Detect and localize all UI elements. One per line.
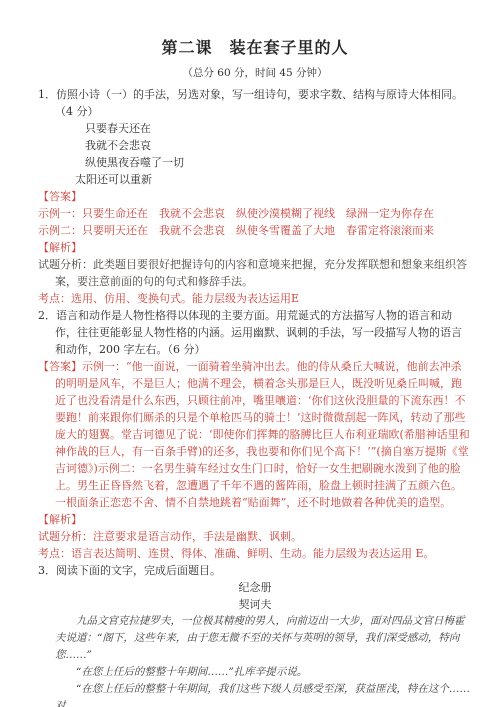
- question-2-analysis-label: 【解析】: [38, 511, 472, 528]
- poem-line-2: 我就不会悲哀: [85, 137, 472, 154]
- question-2-analysis-text: 试题分析：注意要求是语言动作，手法是幽默、讽刺。: [38, 528, 472, 545]
- page-title: 第二课 装在套子里的人: [38, 36, 472, 60]
- poem-line-3: 纵使黑夜吞噬了一切: [85, 154, 472, 171]
- question-2-answer-text: 示例一：“他一面说，一面骑着坐骑冲出去。他的侍从桑丘大喊说，他前去冲杀的明明是风…: [55, 360, 470, 509]
- question-2-stem: 2．语言和动作是人物性格得以体现的主要方面。用荒诞式的方法描写人物的语言和动作，…: [38, 307, 472, 358]
- question-1-analysis-label: 【解析】: [38, 239, 472, 256]
- passage-paragraph-3: “在您上任后的整整十年期间，我们这些下级人员感受至深，获益匪浅，特在这个……对: [55, 681, 472, 707]
- poem-line-1: 只要春天还在: [85, 120, 472, 137]
- exam-document-page: 第二课 装在套子里的人 （总分 60 分，时间 45 分钟） 1．仿照小诗（一）…: [0, 0, 500, 707]
- passage-paragraph-2: “在您上任后的整整十年期间……”扎库辛提示说。: [55, 664, 472, 681]
- question-1-analysis-text: 试题分析：此类题目要很好把握诗句的内容和意境来把握，充分发挥联想和想象来组织答案…: [38, 256, 472, 290]
- question-1-stem: 1．仿照小诗（一）的手法，另选对象，写一组诗句，要求字数、结构与原诗大体相同。（…: [38, 86, 472, 120]
- passage-title: 纪念册: [38, 579, 472, 596]
- passage-paragraph-1: 九品文官克拉捷罗夫，一位极其精瘦的男人，向前迈出一大步，面对四品文官日梅霍夫说道…: [55, 613, 472, 664]
- question-1-points: 考点：选用、仿用、变换句式。能力层级为表达运用E: [38, 290, 472, 307]
- poem-line-4: 太阳还可以重新: [75, 171, 472, 188]
- question-2-points: 考点：语言表达简明、连贯、得体、准确、鲜明、生动。能力层级为表达运用 E。: [38, 545, 472, 562]
- passage-author: 契诃夫: [38, 596, 472, 613]
- question-1-poem: 只要春天还在 我就不会悲哀 纵使黑夜吞噬了一切 太阳还可以重新: [38, 120, 472, 188]
- question-2-answer-label: 【答案】: [38, 360, 82, 373]
- question-1-answer-label: 【答案】: [38, 188, 472, 205]
- question-1-answer-example-2: 示例二：只要明天还在 我就不会悲哀 纵使冬雪覆盖了大地 春雷定将滚滚而来: [38, 222, 472, 239]
- question-2-answer: 【答案】示例一：“他一面说，一面骑着坐骑冲出去。他的侍从桑丘大喊说，他前去冲杀的…: [38, 358, 472, 511]
- question-3-stem: 3．阅读下面的文字，完成后面题目。: [38, 562, 472, 579]
- exam-meta: （总分 60 分，时间 45 分钟）: [38, 66, 472, 81]
- question-1-answer-example-1: 示例一：只要生命还在 我就不会悲哀 纵使沙漠模糊了视线 绿洲一定为你存在: [38, 205, 472, 222]
